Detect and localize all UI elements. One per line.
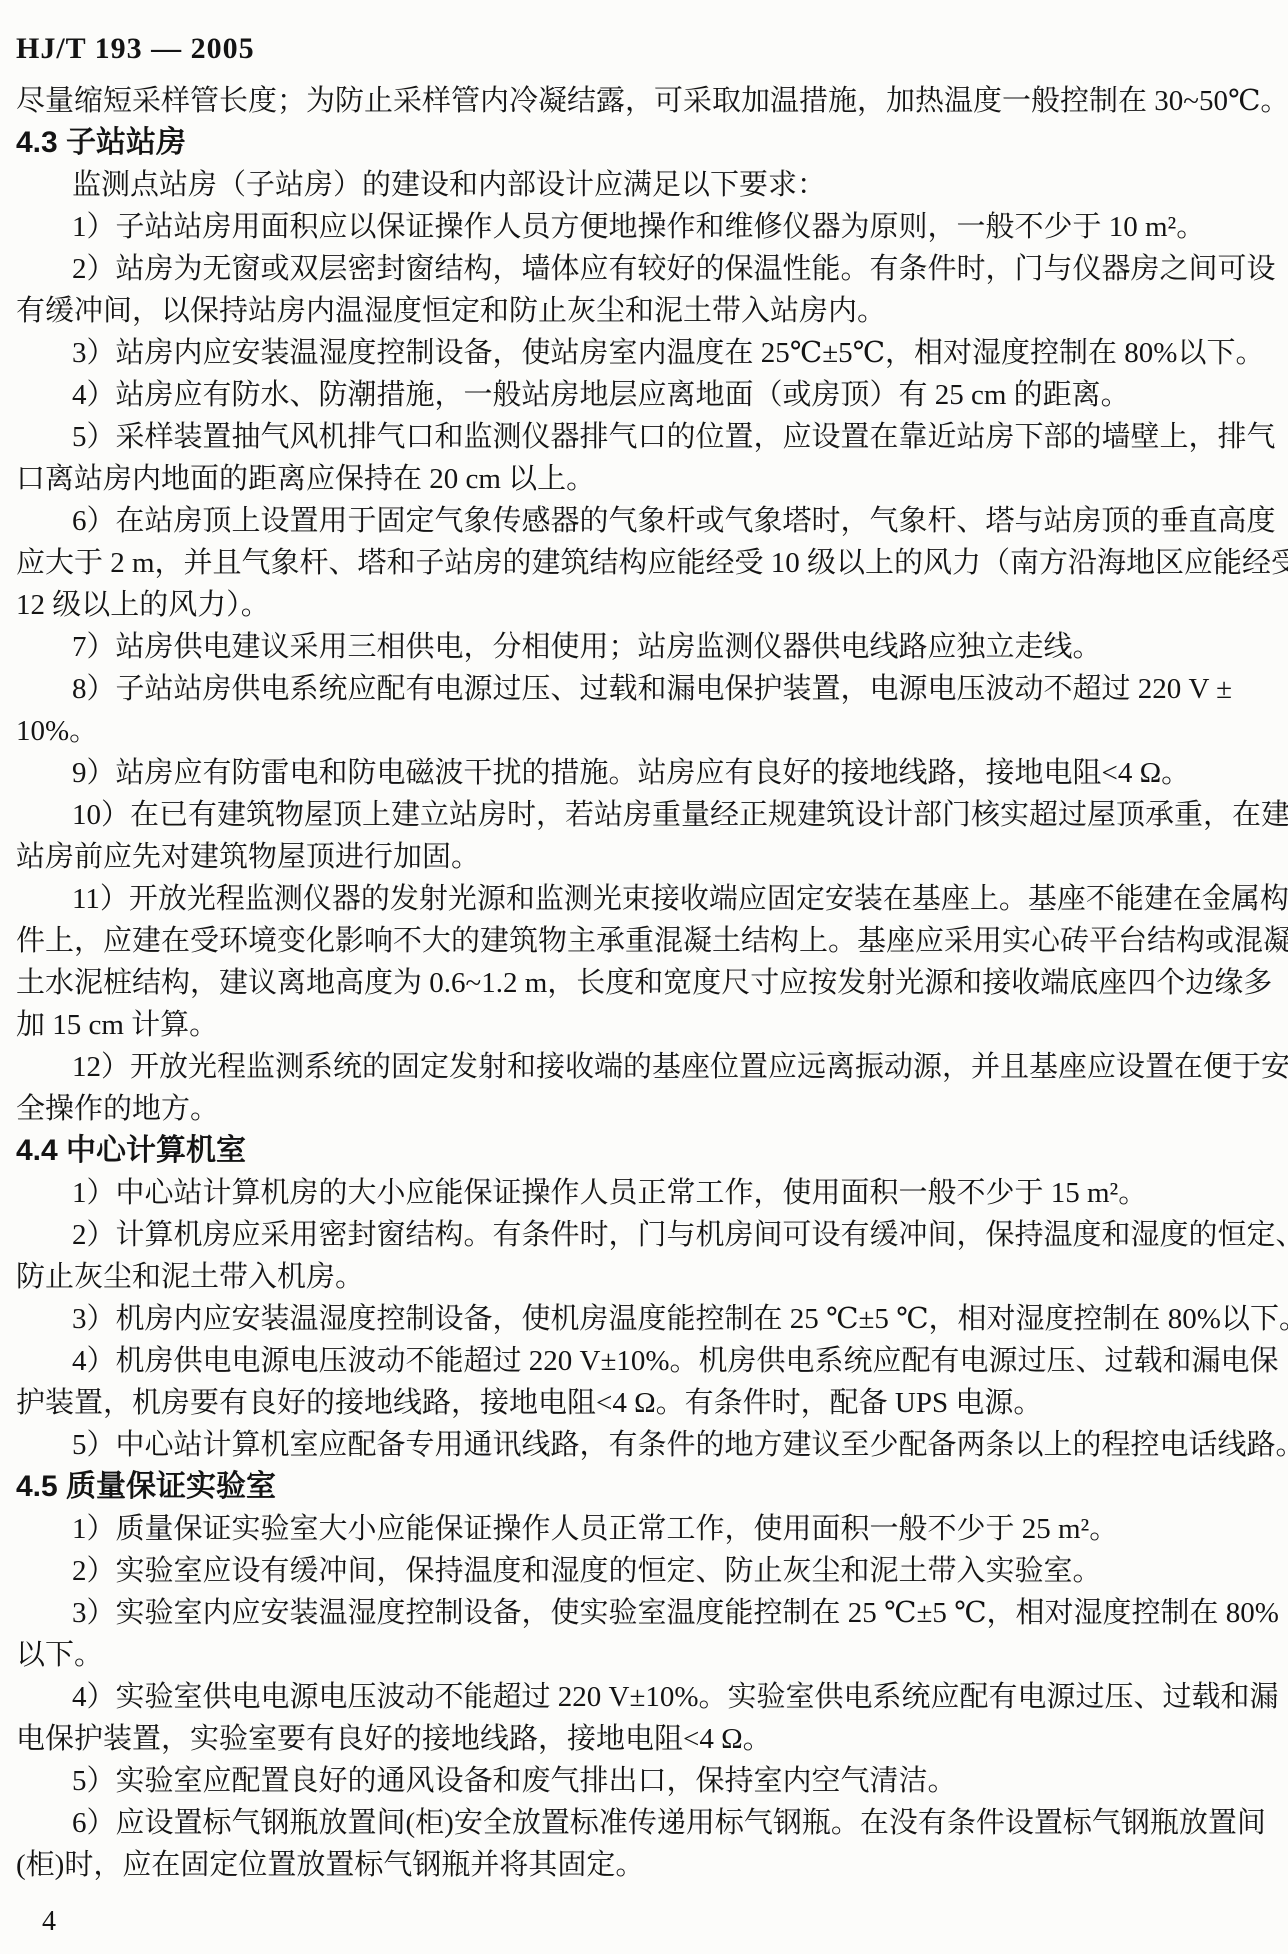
text-line: 11）开放光程监测仪器的发射光源和监测光束接收端应固定安装在基座上。基座不能建在… <box>16 878 1276 920</box>
text-line: 2）站房为无窗或双层密封窗结构，墙体应有较好的保温性能。有条件时，门与仪器房之间… <box>16 248 1276 290</box>
text-line: 2）实验室应设有缓冲间，保持温度和湿度的恒定、防止灰尘和泥土带入实验室。 <box>16 1550 1276 1592</box>
text-line: 1）中心站计算机房的大小应能保证操作人员正常工作，使用面积一般不少于 15 m²… <box>16 1172 1276 1214</box>
document-page: HJ/T 193 — 2005 尽量缩短采样管长度；为防止采样管内冷凝结露，可采… <box>0 0 1288 1954</box>
text-line: 电保护装置，实验室要有良好的接地线路，接地电阻<4 Ω。 <box>16 1718 1276 1760</box>
text-line: 4）站房应有防水、防潮措施，一般站房地层应离地面（或房顶）有 25 cm 的距离… <box>16 374 1276 416</box>
text-line: 尽量缩短采样管长度；为防止采样管内冷凝结露，可采取加温措施，加热温度一般控制在 … <box>16 80 1276 122</box>
text-line: 护装置，机房要有良好的接地线路，接地电阻<4 Ω。有条件时，配备 UPS 电源。 <box>16 1382 1276 1424</box>
text-line: 防止灰尘和泥土带入机房。 <box>16 1256 1276 1298</box>
text-line: (柜)时，应在固定位置放置标气钢瓶并将其固定。 <box>16 1844 1276 1886</box>
text-line: 土水泥桩结构，建议离地高度为 0.6~1.2 m，长度和宽度尺寸应按发射光源和接… <box>16 962 1276 1004</box>
text-line: 12）开放光程监测系统的固定发射和接收端的基座位置应远离振动源，并且基座应设置在… <box>16 1046 1276 1088</box>
text-line: 以下。 <box>16 1634 1276 1676</box>
text-line: 6）应设置标气钢瓶放置间(柜)安全放置标准传递用标气钢瓶。在没有条件设置标气钢瓶… <box>16 1802 1276 1844</box>
text-line: 9）站房应有防雷电和防电磁波干扰的措施。站房应有良好的接地线路，接地电阻<4 Ω… <box>16 752 1276 794</box>
standard-code: HJ/T 193 — 2005 <box>16 26 1276 72</box>
text-line: 4）机房供电电源电压波动不能超过 220 V±10%。机房供电系统应配有电源过压… <box>16 1340 1276 1382</box>
text-line: 5）采样装置抽气风机排气口和监测仪器排气口的位置，应设置在靠近站房下部的墙壁上，… <box>16 416 1276 458</box>
text-line: 8）子站站房供电系统应配有电源过压、过载和漏电保护装置，电源电压波动不超过 22… <box>16 668 1276 710</box>
text-line: 1）子站站房用面积应以保证操作人员方便地操作和维修仪器为原则，一般不少于 10 … <box>16 206 1276 248</box>
text-line: 件上，应建在受环境变化影响不大的建筑物主承重混凝土结构上。基座应采用实心砖平台结… <box>16 920 1276 962</box>
text-line: 加 15 cm 计算。 <box>16 1004 1276 1046</box>
text-line: 站房前应先对建筑物屋顶进行加固。 <box>16 836 1276 878</box>
text-line: 10）在已有建筑物屋顶上建立站房时，若站房重量经正规建筑设计部门核实超过屋顶承重… <box>16 794 1276 836</box>
text-line: 3）实验室内应安装温湿度控制设备，使实验室温度能控制在 25 ℃±5 ℃，相对湿… <box>16 1592 1276 1634</box>
text-line: 7）站房供电建议采用三相供电，分相使用；站房监测仪器供电线路应独立走线。 <box>16 626 1276 668</box>
text-line: 口离站房内地面的距离应保持在 20 cm 以上。 <box>16 458 1276 500</box>
text-line: 3）站房内应安装温湿度控制设备，使站房室内温度在 25℃±5℃，相对湿度控制在 … <box>16 332 1276 374</box>
text-line: 12 级以上的风力）。 <box>16 584 1276 626</box>
section-heading-4-3: 4.3 子站站房 <box>16 122 1276 164</box>
text-line: 2）计算机房应采用密封窗结构。有条件时，门与机房间可设有缓冲间，保持温度和湿度的… <box>16 1214 1276 1256</box>
text-line: 全操作的地方。 <box>16 1088 1276 1130</box>
document-body: 尽量缩短采样管长度；为防止采样管内冷凝结露，可采取加温措施，加热温度一般控制在 … <box>16 80 1276 1886</box>
text-line: 5）中心站计算机室应配备专用通讯线路，有条件的地方建议至少配备两条以上的程控电话… <box>16 1424 1276 1466</box>
text-line: 4）实验室供电电源电压波动不能超过 220 V±10%。实验室供电系统应配有电源… <box>16 1676 1276 1718</box>
text-line: 应大于 2 m，并且气象杆、塔和子站房的建筑结构应能经受 10 级以上的风力（南… <box>16 542 1276 584</box>
section-heading-4-4: 4.4 中心计算机室 <box>16 1130 1276 1172</box>
text-line: 1）质量保证实验室大小应能保证操作人员正常工作，使用面积一般不少于 25 m²。 <box>16 1508 1276 1550</box>
section-heading-4-5: 4.5 质量保证实验室 <box>16 1466 1276 1508</box>
text-line: 3）机房内应安装温湿度控制设备，使机房温度能控制在 25 ℃±5 ℃，相对湿度控… <box>16 1298 1276 1340</box>
page-number: 4 <box>16 1902 1276 1942</box>
text-line: 5）实验室应配置良好的通风设备和废气排出口，保持室内空气清洁。 <box>16 1760 1276 1802</box>
text-line: 监测点站房（子站房）的建设和内部设计应满足以下要求： <box>16 164 1276 206</box>
text-line: 有缓冲间，以保持站房内温湿度恒定和防止灰尘和泥土带入站房内。 <box>16 290 1276 332</box>
text-line: 6）在站房顶上设置用于固定气象传感器的气象杆或气象塔时，气象杆、塔与站房顶的垂直… <box>16 500 1276 542</box>
text-line: 10%。 <box>16 710 1276 752</box>
